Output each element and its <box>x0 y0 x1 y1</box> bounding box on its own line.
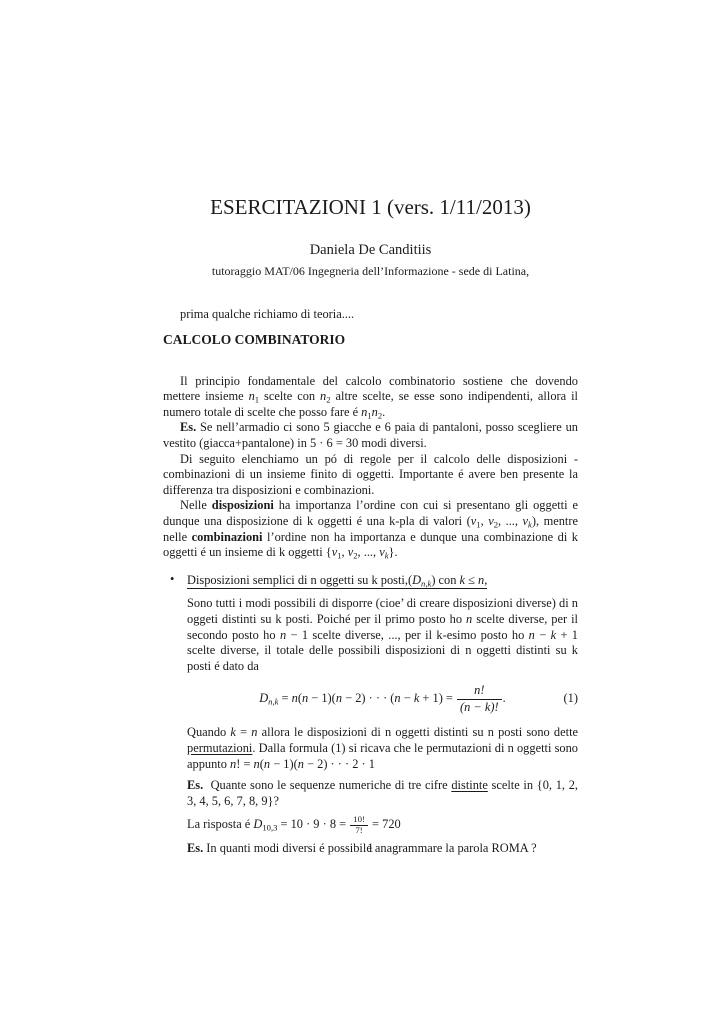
section-heading: CALCOLO COMBINATORIO <box>163 332 578 348</box>
text-segment: − <box>401 691 414 705</box>
equation-body: Dn,k = n(n − 1)(n − 2) · · · (n − k + 1)… <box>259 683 506 715</box>
text-segment: − 2) · · · ( <box>342 691 394 705</box>
text-segment: allora le disposizioni di n oggetti dist… <box>257 725 578 739</box>
text-segment: , ..., <box>498 514 523 528</box>
text-segment: = 10 · 9 · 8 = <box>277 817 349 831</box>
text-segment: ) con <box>431 573 459 587</box>
fraction: n!(n − k)! <box>457 683 502 715</box>
text-segment: − <box>535 628 551 642</box>
text-segment: − 2) · · · 2 · 1 <box>304 757 375 771</box>
equation-number: (1) <box>564 692 578 708</box>
text-segment: , <box>484 573 487 587</box>
text-segment: Es. <box>187 778 203 792</box>
fraction: 10!7! <box>350 815 368 835</box>
text-segment: . <box>382 405 385 419</box>
author-name: Daniela De Canditiis <box>163 242 578 259</box>
text-segment: combinazioni <box>192 530 263 544</box>
document-page: ESERCITAZIONI 1 (vers. 1/11/2013) Daniel… <box>0 0 725 1024</box>
paragraph-esempio-armadio: Es. Se nell’armadio ci sono 5 giacche e … <box>163 420 578 451</box>
text-segment: , ..., <box>358 545 380 559</box>
paragraph-principio: Il principio fondamentale del calcolo co… <box>163 374 578 421</box>
text-segment: La risposta é <box>187 817 253 831</box>
text-segment: disposizioni <box>212 498 274 512</box>
page-number: 1 <box>163 841 578 857</box>
text-segment: }. <box>389 545 398 559</box>
text-segment: ≤ <box>465 573 478 587</box>
text-segment: + 1) = <box>419 691 456 705</box>
text-segment: Disposizioni semplici di n oggetti su k … <box>187 573 412 587</box>
document-title: ESERCITAZIONI 1 (vers. 1/11/2013) <box>163 194 578 220</box>
text-segment: − 1)( <box>308 691 336 705</box>
text-segment: − 1)( <box>270 757 298 771</box>
author-affiliation: tutoraggio MAT/06 Ingegneria dell’Inform… <box>163 264 578 278</box>
text-segment: Es. <box>180 420 196 434</box>
text-segment: D <box>412 573 421 587</box>
text-segment: distinte <box>451 778 487 792</box>
text-segment: Nelle <box>180 498 212 512</box>
bullet-body: Sono tutti i modi possibili di disporre … <box>187 596 578 674</box>
intro-line: prima qualche richiamo di teoria.... <box>163 307 578 323</box>
text-segment: Quante sono le sequenze numeriche di tre… <box>203 778 451 792</box>
paragraph-permutazioni: Quando k = n allora le disposizioni di n… <box>187 725 578 772</box>
text-segment: = <box>278 691 291 705</box>
text-segment: ! = <box>236 757 253 771</box>
text-segment: 10,3 <box>262 823 277 833</box>
paragraph-esempio-sequenze: Es. Quante sono le sequenze numeriche di… <box>187 778 578 809</box>
text-segment: permutazioni <box>187 741 252 755</box>
equation-1: Dn,k = n(n − 1)(n − 2) · · · (n − k + 1)… <box>187 683 578 715</box>
text-segment: n,k <box>268 697 278 707</box>
text-segment: = <box>236 725 251 739</box>
paragraph-di-seguito: Di seguito elenchiamo un pó di regole pe… <box>163 452 578 499</box>
paragraph-disposizioni-combinazioni: Nelle disposizioni ha importanza l’ordin… <box>163 498 578 560</box>
bullet-heading-row: Disposizioni semplici di n oggetti su k … <box>187 573 578 589</box>
text-segment: Se nell’armadio ci sono 5 giacche e 6 pa… <box>163 420 578 450</box>
paragraph-risposta: La risposta é D10,3 = 10 · 9 · 8 = 10!7!… <box>187 815 578 835</box>
text-segment: Di seguito elenchiamo un pó di regole pe… <box>163 452 578 497</box>
text-segment: − 1 scelte diverse, ..., per il k-esimo … <box>286 628 529 642</box>
page-content: ESERCITAZIONI 1 (vers. 1/11/2013) Daniel… <box>163 0 578 857</box>
text-segment: = 720 <box>369 817 401 831</box>
bullet-heading: Disposizioni semplici di n oggetti su k … <box>187 573 487 589</box>
text-segment: D <box>259 691 268 705</box>
text-segment: Quando <box>187 725 230 739</box>
text-segment: n,k <box>421 578 431 588</box>
text-segment: scelte con <box>259 389 320 403</box>
bullet-icon: • <box>170 572 174 588</box>
bullet-item-disposizioni-semplici: • Disposizioni semplici di n oggetti su … <box>163 573 578 857</box>
text-segment: . <box>503 691 506 705</box>
